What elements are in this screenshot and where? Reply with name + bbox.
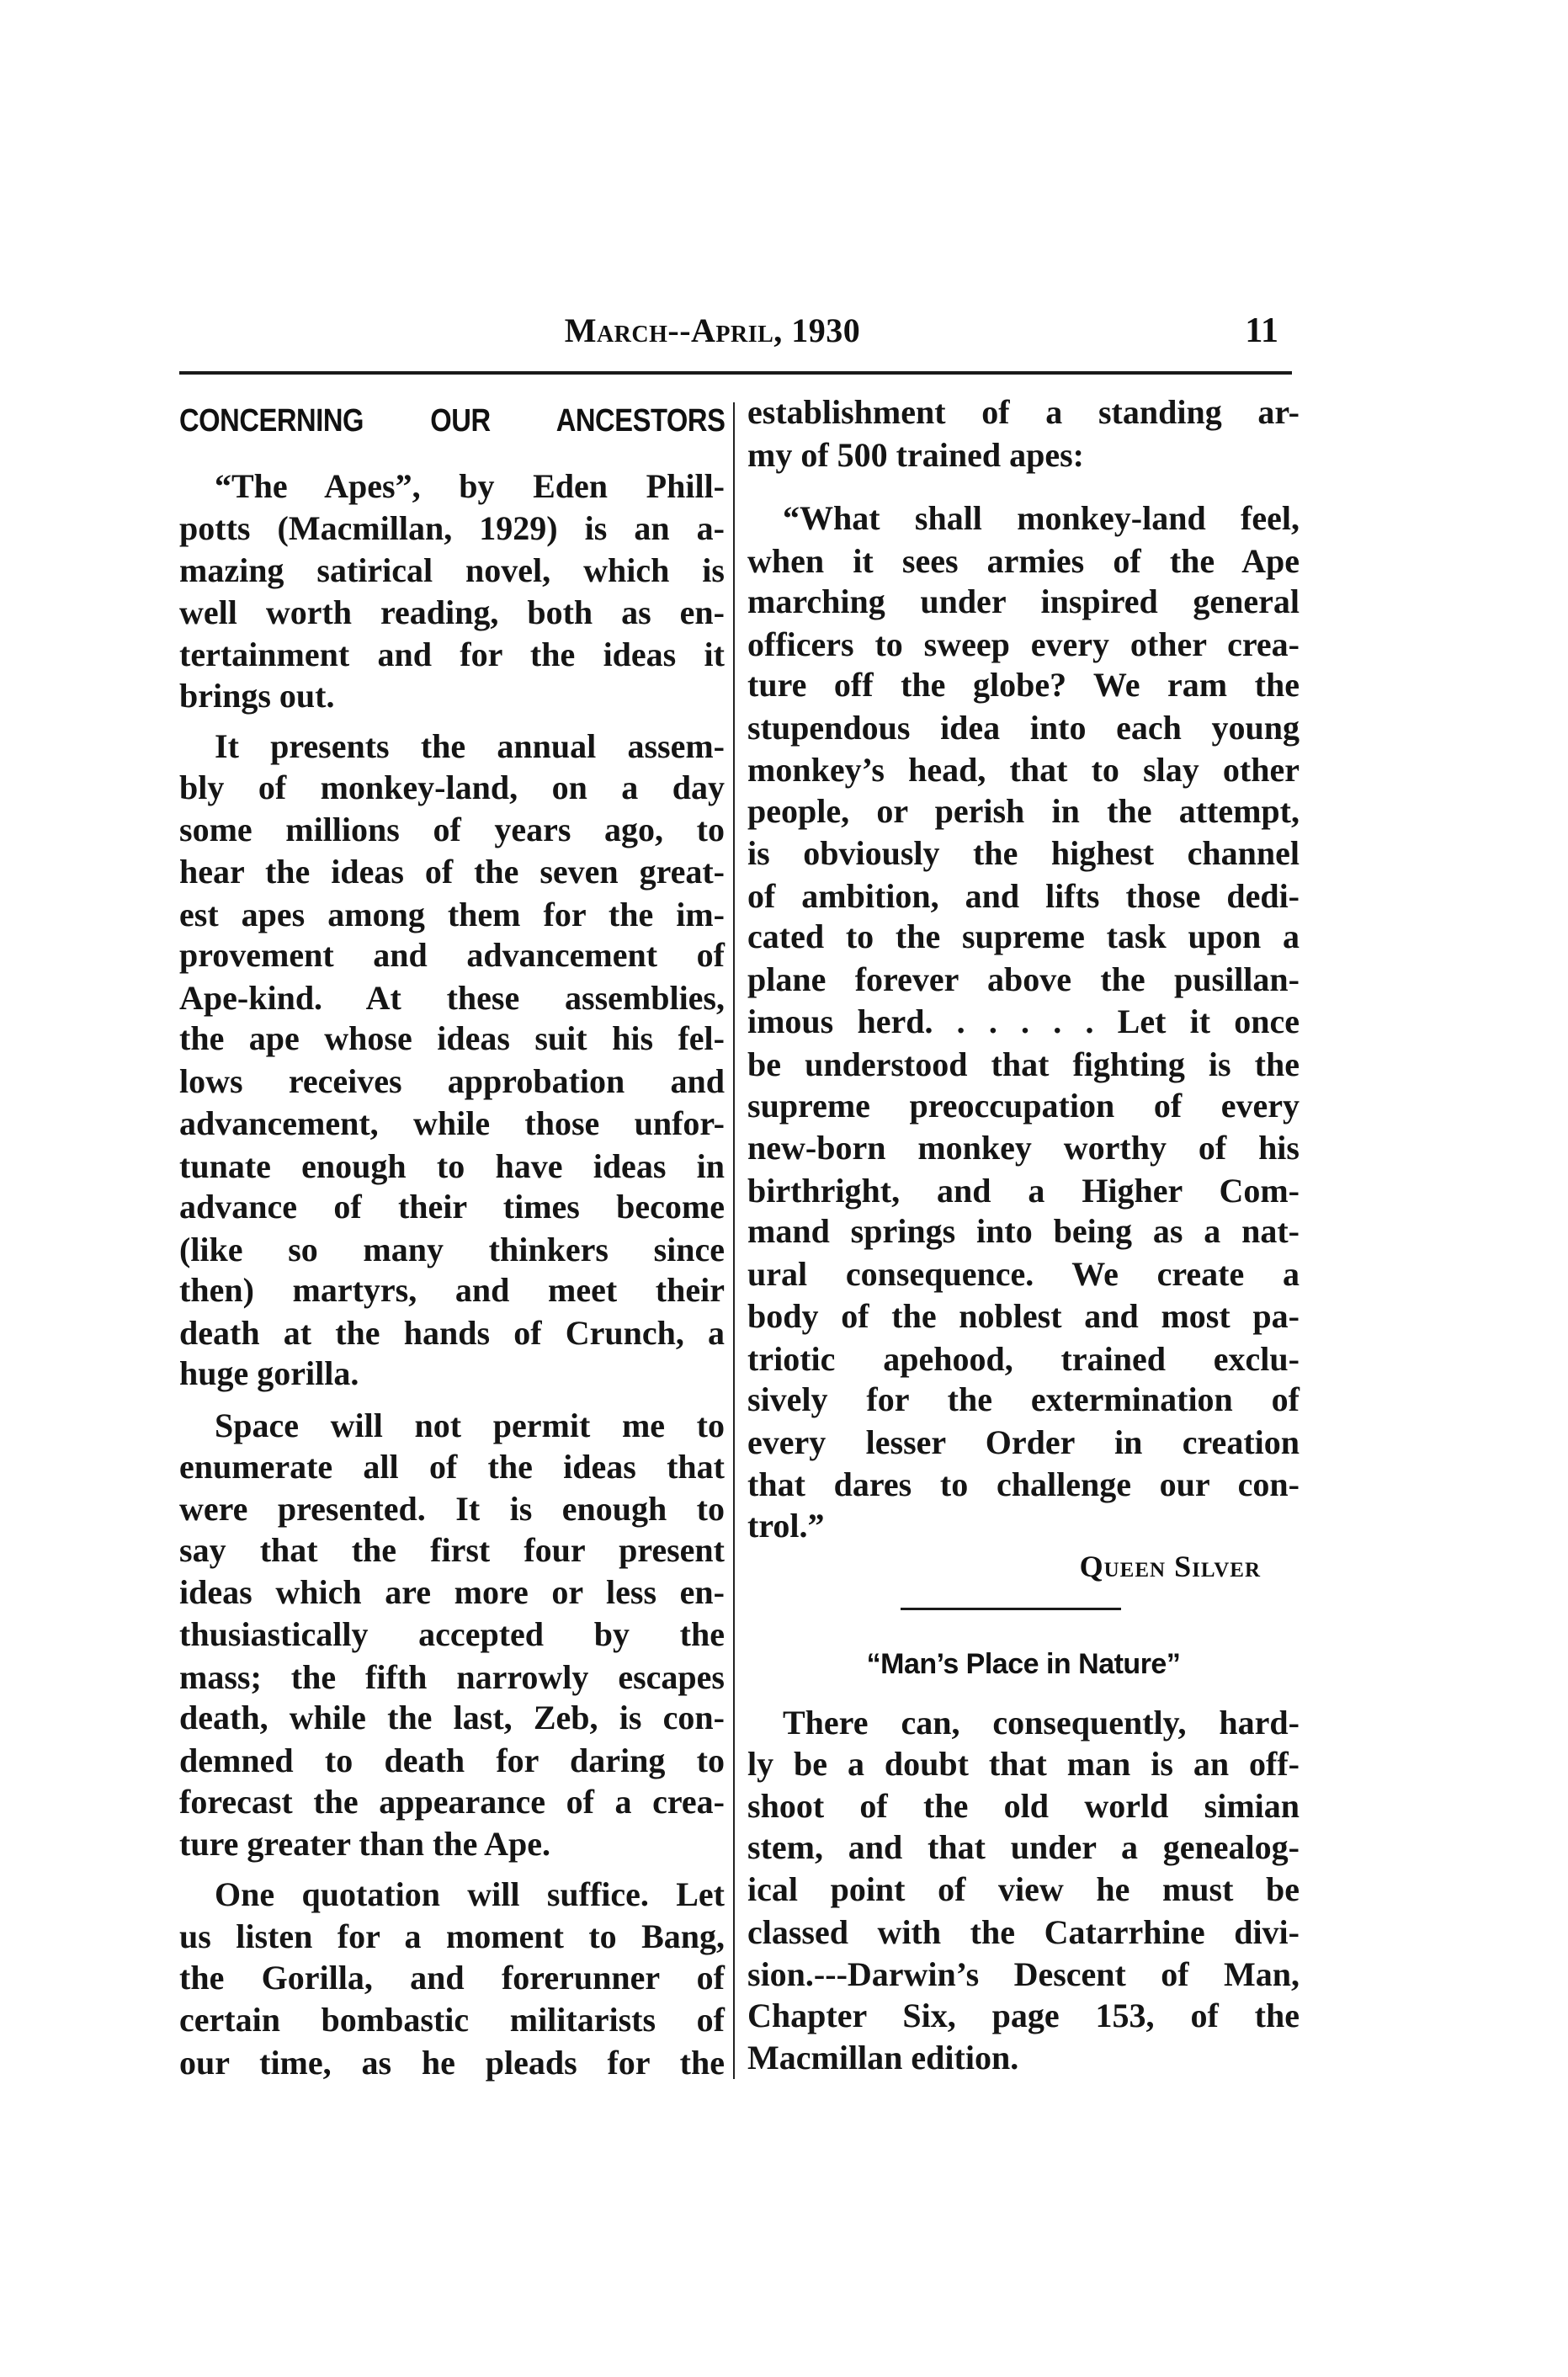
text-line: death at the hands of Crunch, a	[179, 1312, 725, 1354]
text-line: One quotation will suffice. Let	[179, 1874, 725, 1916]
text-line: ture off the globe? We ram the	[747, 664, 1300, 706]
text-line: supreme preoccupation of every	[747, 1085, 1300, 1127]
text-line: tertainment and for the ideas it	[179, 634, 725, 676]
text-line: It presents the annual assem-	[179, 726, 725, 768]
text-line: were presented. It is enough to	[179, 1488, 725, 1530]
column-divider	[733, 402, 735, 2079]
text-line: advance of their times become	[179, 1186, 725, 1228]
text-line: demned to death for daring to	[179, 1740, 725, 1782]
text-line: There can, consequently, hard-	[747, 1702, 1300, 1744]
text-line: bly of monkey-land, on a day	[179, 767, 725, 809]
text-line: people, or perish in the attempt,	[747, 790, 1300, 832]
text-line: hear the ideas of the seven great-	[179, 851, 725, 893]
text-line: new-born monkey worthy of his	[747, 1127, 1300, 1169]
text-line: stupendous idea into each young	[747, 707, 1300, 749]
text-line: provement and advancement of	[179, 934, 725, 976]
text-line: some millions of years ago, to	[179, 809, 725, 851]
text-line: our time, as he pleads for the	[179, 2042, 725, 2084]
text-line: the ape whose ideas suit his fel-	[179, 1018, 725, 1060]
text-line: enumerate all of the ideas that	[179, 1446, 725, 1488]
text-line: Chapter Six, page 153, of the	[747, 1995, 1300, 2037]
text-line: certain bombastic militarists of	[179, 1999, 725, 2041]
text-line: birthright, and a Higher Com-	[747, 1170, 1300, 1212]
text-line: shoot of the old world simian	[747, 1785, 1300, 1827]
text-line: trol.”	[747, 1505, 1300, 1547]
text-line: advancement, while those unfor-	[179, 1103, 725, 1145]
text-line: forecast the appearance of a crea-	[179, 1781, 725, 1823]
text-line: ural consequence. We create a	[747, 1253, 1300, 1295]
text-line: Space will not permit me to	[179, 1405, 725, 1447]
text-line: mazing satirical novel, which is	[179, 550, 725, 592]
author-signature: Queen Silver	[976, 1545, 1261, 1587]
text-line: mass; the fifth narrowly escapes	[179, 1656, 725, 1699]
text-line: be understood that fighting is the	[747, 1044, 1300, 1086]
text-line: monkey’s head, that to slay other	[747, 749, 1300, 791]
text-line: sion.---Darwin’s Descent of Man,	[747, 1954, 1300, 1996]
text-line: us listen for a moment to Bang,	[179, 1916, 725, 1958]
text-line: that dares to challenge our con-	[747, 1464, 1300, 1506]
text-line: cated to the supreme task upon a	[747, 916, 1300, 958]
running-head: March--April, 1930 11	[179, 310, 1292, 352]
article-heading: CONCERNING OUR ANCESTORS	[179, 400, 725, 442]
text-line: “The Apes”, by Eden Phill-	[179, 465, 725, 508]
text-line: marching under inspired general	[747, 581, 1300, 623]
text-line: ical point of view he must be	[747, 1869, 1300, 1911]
text-line: death, while the last, Zeb, is con-	[179, 1697, 725, 1739]
text-line: officers to sweep every other crea-	[747, 624, 1300, 666]
text-line: stem, and that under a genealog-	[747, 1827, 1300, 1869]
text-line: ture greater than the Ape.	[179, 1823, 725, 1865]
article-heading-2: “Man’s Place in Nature”	[747, 1643, 1300, 1685]
text-line: Macmillan edition.	[747, 2037, 1300, 2079]
text-line: body of the noblest and most pa-	[747, 1295, 1300, 1337]
text-line: mand springs into being as a nat-	[747, 1210, 1300, 1252]
text-line: sively for the extermination of	[747, 1379, 1300, 1421]
text-line: establishment of a standing ar-	[747, 391, 1300, 433]
header-rule	[179, 371, 1292, 375]
text-line: of ambition, and lifts those dedi-	[747, 875, 1300, 917]
text-line: every lesser Order in creation	[747, 1422, 1300, 1464]
issue-date: March--April, 1930	[179, 310, 1246, 352]
text-line: ideas which are more or less en-	[179, 1571, 725, 1614]
page-number: 11	[1245, 310, 1278, 352]
text-line: when it sees armies of the Ape	[747, 540, 1300, 582]
text-line: imous herd. . . . . . Let it once	[747, 1001, 1300, 1043]
text-line: is obviously the highest channel	[747, 832, 1300, 875]
text-line: then) martyrs, and meet their	[179, 1269, 725, 1311]
text-line: thusiastically accepted by the	[179, 1614, 725, 1656]
text-line: (like so many thinkers since	[179, 1229, 725, 1271]
text-line: the Gorilla, and forerunner of	[179, 1957, 725, 1999]
text-line: say that the first four present	[179, 1529, 725, 1571]
text-line: Ape-kind. At these assemblies,	[179, 977, 725, 1019]
text-line: lows receives approbation and	[179, 1061, 725, 1103]
section-divider-rule	[901, 1608, 1121, 1610]
text-line: est apes among them for the im-	[179, 894, 725, 936]
text-line: huge gorilla.	[179, 1353, 725, 1395]
text-line: my of 500 trained apes:	[747, 434, 1300, 476]
text-line: tunate enough to have ideas in	[179, 1146, 725, 1188]
text-line: potts (Macmillan, 1929) is an a-	[179, 508, 725, 550]
text-line: ly be a doubt that man is an off-	[747, 1743, 1300, 1785]
text-line: brings out.	[179, 675, 725, 717]
text-line: “What shall monkey-land feel,	[747, 497, 1300, 540]
text-line: well worth reading, both as en-	[179, 592, 725, 634]
text-line: plane forever above the pusillan-	[747, 959, 1300, 1001]
text-line: triotic apehood, trained exclu-	[747, 1338, 1300, 1380]
text-line: classed with the Catarrhine divi-	[747, 1912, 1300, 1954]
